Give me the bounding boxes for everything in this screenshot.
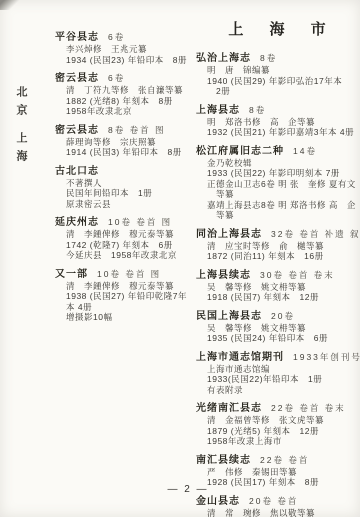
entry-title-line: 密云县志6卷 bbox=[55, 71, 195, 85]
entry-detail-line: 1933(民国22)年铅印本 1册 bbox=[207, 374, 358, 385]
entry-detail-line: 嘉靖上海县志8卷 明 郑洛书修 高 企 bbox=[207, 200, 358, 211]
gazetteer-entry: 密云县志6卷清 丁符九等修 张自濂等纂1882 (光绪8) 年刻本 8册1958… bbox=[55, 71, 195, 117]
entry-title: 密云县志 bbox=[55, 73, 99, 84]
entry-title-line: 平谷县志6卷 bbox=[55, 30, 195, 44]
entry-detail-line: 1940 (民国29) 年影印弘治17年本 bbox=[207, 76, 358, 87]
entry-title: 延庆州志 bbox=[55, 217, 99, 228]
gazetteer-entry: 金山县志20卷 卷首清 常 琬修 焦以敬等纂 bbox=[196, 494, 358, 517]
entry-title-line: 密云县志8卷 卷首 图 bbox=[55, 123, 195, 137]
entry-volumes: 22卷 卷首 bbox=[260, 455, 309, 465]
entry-title-line: 上海县续志30卷 卷首 卷末 bbox=[196, 268, 358, 282]
gazetteer-entry: 民国上海县志20卷吴 馨等修 姚文枏等纂1935 (民国24) 年铅印本 6册 bbox=[196, 309, 358, 344]
entry-volumes: 10卷 卷首 图 bbox=[97, 269, 161, 279]
entry-detail-line: 1935 (民国24) 年铅印本 6册 bbox=[207, 333, 358, 344]
entry-title: 南汇县续志 bbox=[196, 455, 251, 466]
entry-detail-line: 等纂 bbox=[207, 210, 358, 221]
entry-detail-line: 不著撰人 bbox=[66, 178, 195, 189]
entry-detail-line: 2册 bbox=[207, 86, 358, 97]
entry-title-line: 民国上海县志20卷 bbox=[196, 309, 358, 323]
entry-volumes: 10卷 卷首 图 bbox=[108, 217, 172, 227]
margin-label-beijing: 北京 bbox=[13, 86, 29, 122]
entry-volumes: 8卷 bbox=[249, 105, 266, 115]
entry-detail-line: 清 李鍾俾修 穆元泰等纂 bbox=[66, 229, 195, 240]
entry-detail-line: 严 伟修 秦锡田等纂 bbox=[207, 467, 358, 478]
entry-detail-line: 1938 (民国27) 年铅印乾隆7年本 4册 bbox=[66, 291, 195, 312]
entry-detail-line: 民国年间铅印本 1册 bbox=[66, 188, 195, 199]
entry-title: 金山县志 bbox=[196, 496, 240, 507]
gazetteer-entry: 同治上海县志32卷 卷首 补遗 叙录清 应宝时等修 俞 樾等纂1872 (同治1… bbox=[196, 227, 358, 262]
gazetteer-entry: 上海县续志30卷 卷首 卷末吴 馨等修 姚文枏等纂1918 (民国7) 年刻本 … bbox=[196, 268, 358, 303]
entry-detail-line: 1742 (乾隆7) 年刻本 6册 bbox=[66, 240, 195, 251]
entry-detail-line: 清 应宝时等修 俞 樾等纂 bbox=[207, 241, 358, 252]
entry-detail-line: 1914 (民国3) 年铅印本 8册 bbox=[66, 147, 195, 158]
entry-detail-line: 等纂 bbox=[207, 189, 358, 200]
scan-corner-artifact bbox=[0, 0, 26, 10]
entry-detail-line: 清 常 琬修 焦以敬等纂 bbox=[207, 508, 358, 517]
entry-volumes: 1933年创刊号 bbox=[293, 352, 360, 362]
entry-volumes: 32卷 卷首 补遗 叙录 bbox=[271, 229, 360, 239]
shanghai-entries-column: 上 海 市 弘治上海志8卷明 唐 锦编纂1940 (民国29) 年影印弘治17年… bbox=[196, 0, 358, 517]
entry-title: 弘治上海志 bbox=[196, 53, 251, 64]
gazetteer-entry: 密云县志8卷 卷首 图薛理询等修 宗庆照纂1914 (民国3) 年铅印本 8册 bbox=[55, 123, 195, 158]
entry-title-line: 又一部10卷 卷首 图 bbox=[55, 267, 195, 281]
entry-detail-line: 清 金福曾等修 张文虎等纂 bbox=[207, 415, 358, 426]
entry-volumes: 22卷 卷首 卷末 bbox=[271, 403, 346, 413]
entry-title: 同治上海县志 bbox=[196, 229, 262, 240]
entry-title: 平谷县志 bbox=[55, 32, 99, 43]
gazetteer-entry: 上海县志8卷明 郑洛书修 高 企等纂1932 (民国21) 年影印嘉靖3年本 4… bbox=[196, 103, 358, 138]
entry-title: 密云县志 bbox=[55, 125, 99, 136]
entry-detail-line: 1882 (光绪8) 年刻本 8册 bbox=[66, 96, 195, 107]
gazetteer-entry: 又一部10卷 卷首 图清 李鍾俾修 穆元泰等纂1938 (民国27) 年铅印乾隆… bbox=[55, 267, 195, 323]
entry-title-line: 金山县志20卷 卷首 bbox=[196, 494, 358, 508]
entry-title-line: 光绪南汇县志22卷 卷首 卷末 bbox=[196, 401, 358, 415]
entry-title-line: 延庆州志10卷 卷首 图 bbox=[55, 215, 195, 229]
entry-detail-line: 今延庆县 1958年改隶北京 bbox=[66, 250, 195, 261]
entry-detail-line: 正德金山卫志6卷 明 张 奎修 夏有文 bbox=[207, 179, 358, 190]
entry-detail-line: 金乃乾校辑 bbox=[207, 158, 358, 169]
entry-detail-line: 吴 馨等修 姚文枏等纂 bbox=[207, 323, 358, 334]
gazetteer-entry: 平谷县志6卷李兴焯修 王兆元纂1934 (民国23) 年铅印本 8册 bbox=[55, 30, 195, 65]
entry-title: 松江府属旧志二种 bbox=[196, 146, 284, 157]
gazetteer-entry: 上海市通志馆期刊1933年创刊号上海市通志馆编1933(民国22)年铅印本 1册… bbox=[196, 350, 358, 396]
entry-detail-line: 薛理询等修 宗庆照纂 bbox=[66, 137, 195, 148]
page-number: — 2 — bbox=[148, 484, 228, 495]
entry-title: 又一部 bbox=[55, 269, 88, 280]
entry-detail-line: 明 郑洛书修 高 企等纂 bbox=[207, 117, 358, 128]
gazetteer-entry: 延庆州志10卷 卷首 图清 李鍾俾修 穆元泰等纂1742 (乾隆7) 年刻本 6… bbox=[55, 215, 195, 261]
entry-detail-line: 1958年改隶上海市 bbox=[207, 436, 358, 447]
entry-detail-line: 吴 馨等修 姚文枏等纂 bbox=[207, 282, 358, 293]
entry-title: 上海县续志 bbox=[196, 270, 251, 281]
entry-title: 古北口志 bbox=[55, 166, 99, 177]
scanned-catalog-page: 北京 上海 平谷县志6卷李兴焯修 王兆元纂1934 (民国23) 年铅印本 8册… bbox=[0, 0, 360, 517]
entry-title-line: 弘治上海志8卷 bbox=[196, 51, 358, 65]
margin-label-shanghai: 上海 bbox=[13, 132, 29, 168]
entry-title: 上海市通志馆期刊 bbox=[196, 352, 284, 363]
beijing-entries-column: 平谷县志6卷李兴焯修 王兆元纂1934 (民国23) 年铅印本 8册密云县志6卷… bbox=[55, 0, 195, 329]
entry-detail-line: 有表附录 bbox=[207, 385, 358, 396]
entry-detail-line: 1872 (同治11) 年刻本 16册 bbox=[207, 251, 358, 262]
entry-detail-line: 1934 (民国23) 年铅印本 8册 bbox=[66, 55, 195, 66]
entry-title-line: 上海县志8卷 bbox=[196, 103, 358, 117]
entry-detail-line: 清 丁符九等修 张自濂等纂 bbox=[66, 85, 195, 96]
entry-volumes: 6卷 bbox=[108, 32, 125, 42]
entry-detail-line: 1958年改隶北京 bbox=[66, 106, 195, 117]
entry-detail-line: 1918 (民国7) 年刻本 12册 bbox=[207, 292, 358, 303]
entry-title-line: 松江府属旧志二种14卷 bbox=[196, 144, 358, 158]
entry-volumes: 6卷 bbox=[108, 73, 125, 83]
entry-title-line: 上海市通志馆期刊1933年创刊号 bbox=[196, 350, 358, 364]
entry-detail-line: 1932 (民国21) 年影印嘉靖3年本 4册 bbox=[207, 127, 358, 138]
entry-title: 上海县志 bbox=[196, 105, 240, 116]
entry-title: 民国上海县志 bbox=[196, 311, 262, 322]
shanghai-entries-list: 弘治上海志8卷明 唐 锦编纂1940 (民国29) 年影印弘治17年本 2册上海… bbox=[196, 51, 358, 517]
entry-volumes: 8卷 bbox=[260, 53, 277, 63]
entry-volumes: 20卷 卷首 bbox=[249, 496, 298, 506]
entry-detail-line: 增摄影10幅 bbox=[66, 312, 195, 323]
entry-detail-line: 明 唐 锦编纂 bbox=[207, 65, 358, 76]
entry-detail-line: 清 李鍾俾修 穆元泰等纂 bbox=[66, 281, 195, 292]
entry-detail-line: 李兴焯修 王兆元纂 bbox=[66, 44, 195, 55]
entry-volumes: 20卷 bbox=[271, 311, 295, 321]
gazetteer-entry: 南汇县续志22卷 卷首严 伟修 秦锡田等纂1928 (民国17) 年刻本 8册 bbox=[196, 453, 358, 488]
gazetteer-entry: 弘治上海志8卷明 唐 锦编纂1940 (民国29) 年影印弘治17年本 2册 bbox=[196, 51, 358, 97]
entry-title-line: 同治上海县志32卷 卷首 补遗 叙录 bbox=[196, 227, 358, 241]
entry-detail-line: 1933 (民国22) 年影印明刻本 7册 bbox=[207, 168, 358, 179]
entry-title-line: 南汇县续志22卷 卷首 bbox=[196, 453, 358, 467]
entry-detail-line: 1928 (民国17) 年刻本 8册 bbox=[207, 477, 358, 488]
gazetteer-entry: 松江府属旧志二种14卷金乃乾校辑1933 (民国22) 年影印明刻本 7册正德金… bbox=[196, 144, 358, 221]
entry-title: 光绪南汇县志 bbox=[196, 403, 262, 414]
entry-detail-line: 1879 (光绪5) 年刻本 12册 bbox=[207, 426, 358, 437]
entry-detail-line: 上海市通志馆编 bbox=[207, 364, 358, 375]
entry-volumes: 8卷 卷首 图 bbox=[108, 125, 165, 135]
entry-volumes: 30卷 卷首 卷末 bbox=[260, 270, 335, 280]
entry-detail-line: 原隶密云县 bbox=[66, 199, 195, 210]
entry-volumes: 14卷 bbox=[293, 146, 317, 156]
gazetteer-entry: 古北口志不著撰人民国年间铅印本 1册原隶密云县 bbox=[55, 164, 195, 210]
gazetteer-entry: 光绪南汇县志22卷 卷首 卷末清 金福曾等修 张文虎等纂1879 (光绪5) 年… bbox=[196, 401, 358, 447]
shanghai-section-header: 上 海 市 bbox=[196, 18, 358, 39]
entry-title-line: 古北口志 bbox=[55, 164, 195, 178]
